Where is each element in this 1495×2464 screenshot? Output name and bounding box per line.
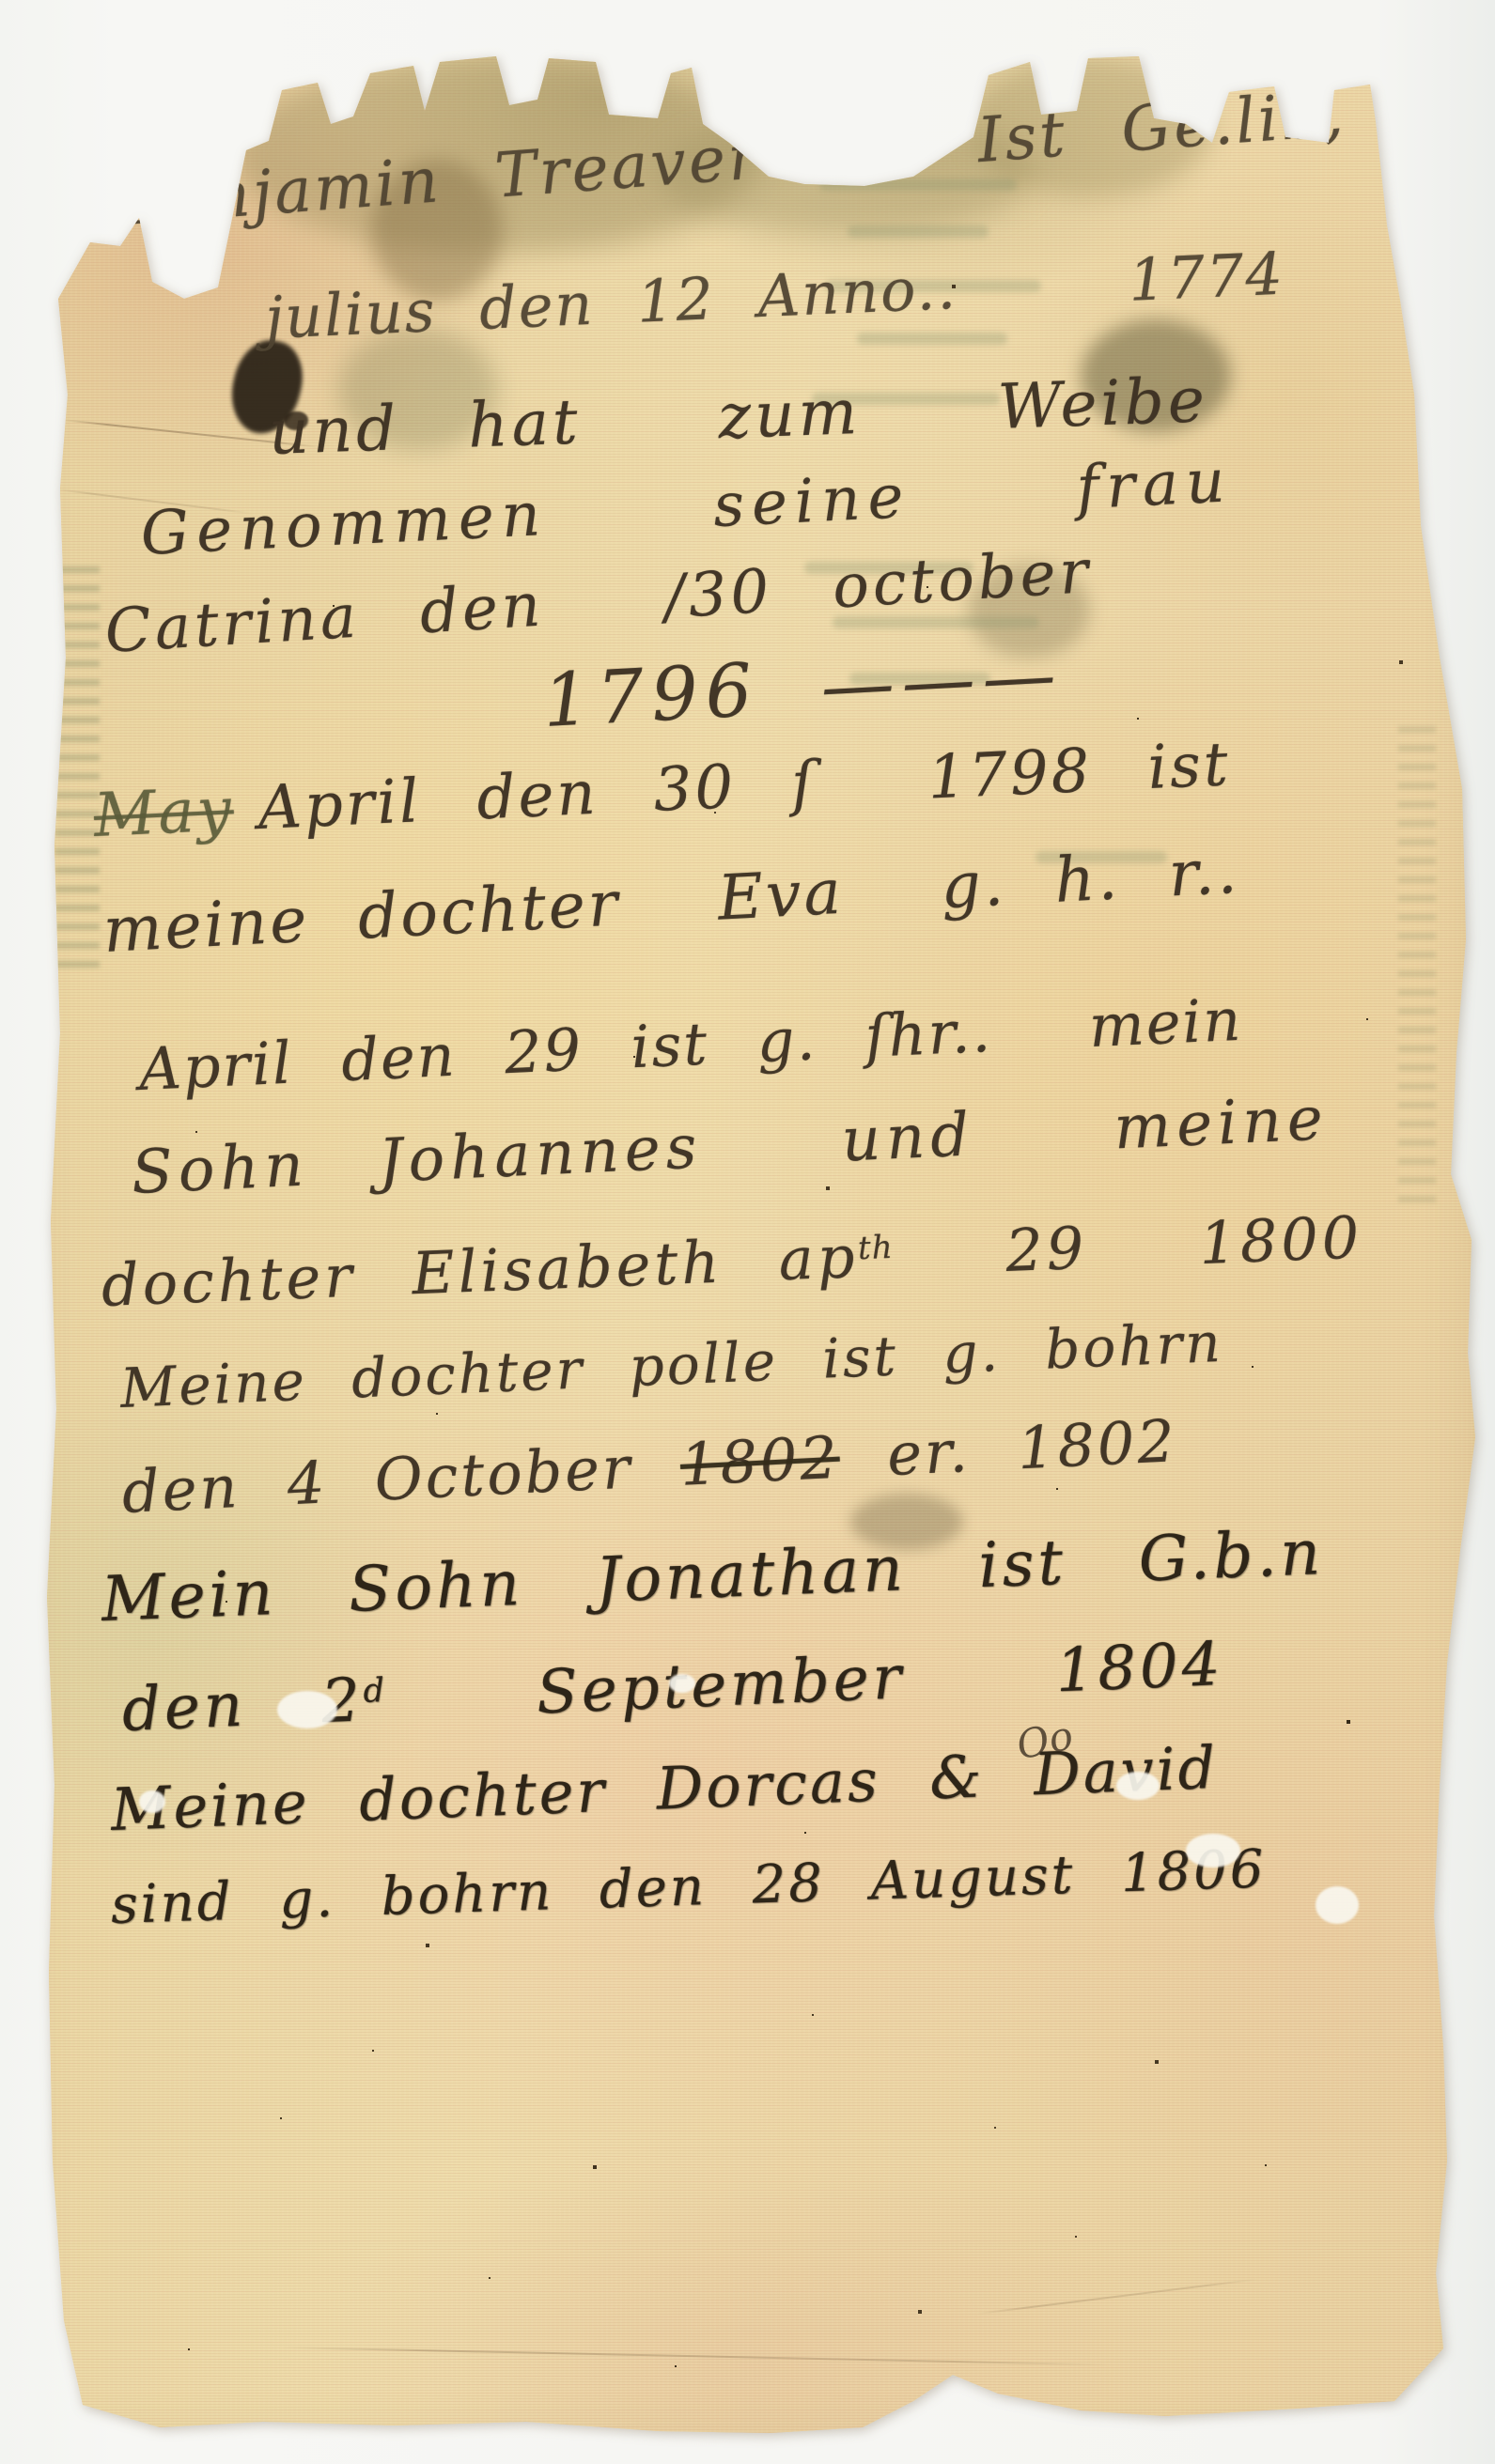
bleed-through-text	[848, 225, 989, 238]
superscript-d: d	[363, 1671, 386, 1711]
bleed-through-text	[857, 333, 1007, 345]
superscript-th: th	[857, 1229, 894, 1267]
abrasion-spot	[1186, 1834, 1240, 1867]
abrasion-spot	[1116, 1772, 1160, 1800]
abrasion-spot	[139, 1790, 165, 1813]
paper-shadow-wrap: Benjamin Treaver Ist Ge.lib, julius den …	[0, 0, 1495, 2464]
abrasion-spot	[669, 1674, 695, 1693]
scanned-document: Benjamin Treaver Ist Ge.lib, julius den …	[0, 0, 1495, 2464]
crossed-out-1802: 1802	[678, 1423, 841, 1499]
paper-specks	[0, 0, 2, 2]
abrasion-spot	[1316, 1886, 1359, 1924]
crossed-out-may: May	[92, 775, 235, 851]
bleed-through-column	[1398, 714, 1436, 1202]
bleed-through-column	[55, 564, 100, 968]
manuscript-page: Benjamin Treaver Ist Ge.lib, julius den …	[0, 0, 1495, 2464]
abrasion-spot	[277, 1691, 337, 1728]
